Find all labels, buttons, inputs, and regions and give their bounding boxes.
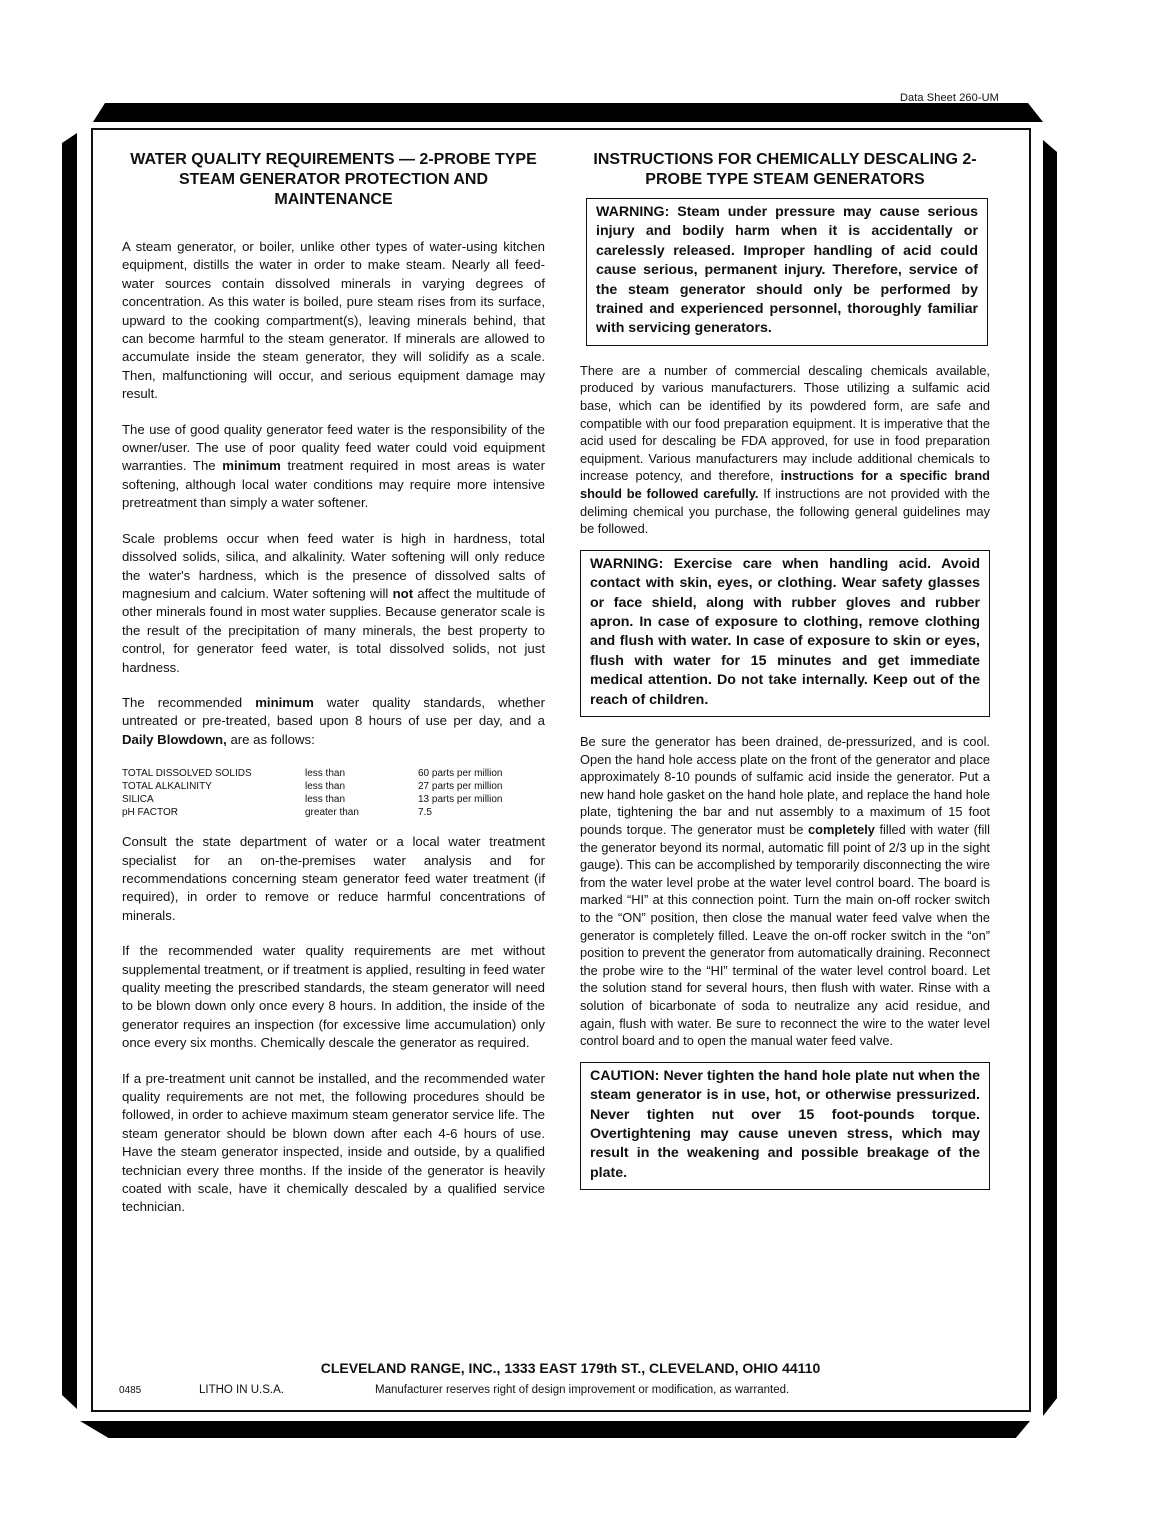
- comparison-cell: greater than: [305, 806, 418, 819]
- water-standards-table: TOTAL DISSOLVED SOLIDS less than 60 part…: [122, 767, 522, 819]
- comparison-cell: less than: [305, 767, 418, 780]
- parameter-cell: SILICA: [122, 793, 305, 806]
- warning-box-acid: WARNING: Exercise care when handling aci…: [580, 550, 990, 717]
- comparison-cell: less than: [305, 780, 418, 793]
- bold-text: minimum: [255, 695, 314, 710]
- bold-text: Daily Blowdown,: [122, 732, 227, 747]
- top-border-bar: [93, 103, 1043, 122]
- left-border-bar: [62, 133, 77, 1409]
- table-row: SILICA less than 13 parts per million: [122, 793, 522, 806]
- parameter-cell: TOTAL DISSOLVED SOLIDS: [122, 767, 305, 780]
- company-address: CLEVELAND RANGE, INC., 1333 EAST 179th S…: [0, 1360, 1153, 1376]
- left-section-title: WATER QUALITY REQUIREMENTS — 2-PROBE TYP…: [122, 150, 545, 210]
- caution-text: CAUTION: Never tighten the hand hole pla…: [590, 1067, 980, 1183]
- table-row: TOTAL ALKALINITY less than 27 parts per …: [122, 780, 522, 793]
- litho-note: LITHO IN U.S.A.: [199, 1384, 284, 1396]
- text-segment: are as follows:: [227, 732, 315, 747]
- paragraph-owner-responsibility: The use of good quality generator feed w…: [122, 421, 545, 513]
- text-segment: The recommended: [122, 695, 255, 710]
- warning-text: WARNING: Exercise care when handling aci…: [590, 555, 980, 710]
- warning-box-steam: WARNING: Steam under pressure may cause …: [586, 198, 988, 346]
- right-column: INSTRUCTIONS FOR CHEMICALLY DESCALING 2-…: [580, 148, 990, 1206]
- text-segment: There are a number of commercial descali…: [580, 363, 990, 484]
- manufacturer-note: Manufacturer reserves right of design im…: [375, 1384, 789, 1396]
- text-segment: filled with water (fill the generator be…: [580, 822, 990, 1048]
- left-column: WATER QUALITY REQUIREMENTS — 2-PROBE TYP…: [122, 148, 545, 1234]
- comparison-cell: less than: [305, 793, 418, 806]
- paragraph-requirements-met: If the recommended water quality require…: [122, 942, 545, 1052]
- value-cell: 13 parts per million: [418, 793, 522, 806]
- paragraph-intro: A steam generator, or boiler, unlike oth…: [122, 238, 545, 404]
- bold-text: not: [393, 586, 414, 601]
- right-border-bar: [1043, 140, 1057, 1416]
- table-row: TOTAL DISSOLVED SOLIDS less than 60 part…: [122, 767, 522, 780]
- document-code: 0485: [119, 1385, 141, 1396]
- bold-text: minimum: [222, 458, 281, 473]
- right-section-title: INSTRUCTIONS FOR CHEMICALLY DESCALING 2-…: [580, 150, 990, 190]
- company-address-text: CLEVELAND RANGE, INC., 1333 EAST 179th S…: [321, 1360, 820, 1376]
- paragraph-standards-intro: The recommended minimum water quality st…: [122, 694, 545, 749]
- paragraph-consult: Consult the state department of water or…: [122, 833, 545, 925]
- datasheet-label: Data Sheet 260-UM: [900, 92, 999, 104]
- caution-box: CAUTION: Never tighten the hand hole pla…: [580, 1062, 990, 1190]
- bold-text: completely: [808, 822, 875, 837]
- parameter-cell: pH FACTOR: [122, 806, 305, 819]
- table-row: pH FACTOR greater than 7.5: [122, 806, 522, 819]
- value-cell: 60 parts per million: [418, 767, 522, 780]
- parameter-cell: TOTAL ALKALINITY: [122, 780, 305, 793]
- bottom-border-bar: [80, 1421, 1030, 1438]
- paragraph-requirements-not-met: If a pre-treatment unit cannot be instal…: [122, 1070, 545, 1217]
- paragraph-descaling-chemicals: There are a number of commercial descali…: [580, 362, 990, 538]
- value-cell: 7.5: [418, 806, 522, 819]
- paragraph-scale-problems: Scale problems occur when feed water is …: [122, 530, 545, 677]
- paragraph-descaling-procedure: Be sure the generator has been drained, …: [580, 733, 990, 1050]
- value-cell: 27 parts per million: [418, 780, 522, 793]
- warning-text: WARNING: Steam under pressure may cause …: [596, 203, 978, 339]
